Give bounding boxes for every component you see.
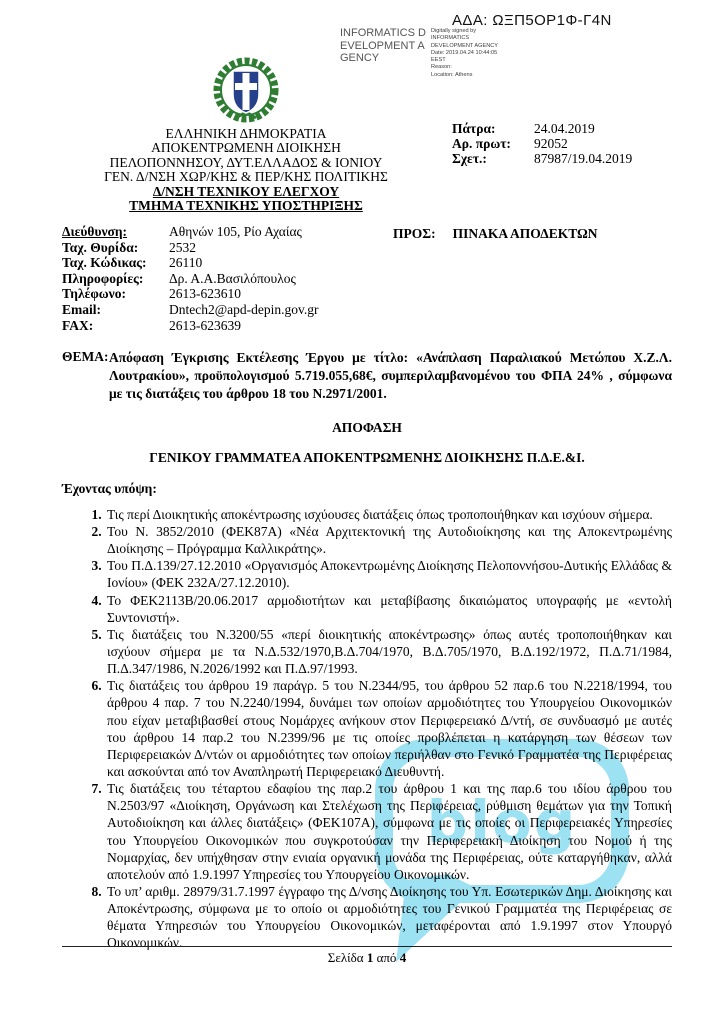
protocol-row-city: Πάτρα: 24.04.2019 (452, 121, 632, 136)
considerations-list: Τις περί Διοικητικής αποκέντρωσης ισχύου… (62, 506, 672, 952)
footer-separator: από (377, 950, 397, 965)
subject-text: Απόφαση Έγκρισης Εκτέλεσης Έργου με τίτλ… (109, 349, 672, 403)
contact-phone-value: 2613-623610 (169, 286, 241, 302)
contact-row-information: Πληροφορίες: Δρ. Α.Α.Βασιλόπουλος (62, 271, 319, 287)
protocol-reference-label: Σχετ.: (452, 151, 534, 166)
consideration-item: Τις διατάξεις του Ν.3200/55 «περί διοικη… (105, 626, 672, 677)
letterhead-line-region: ΠΕΛΟΠΟΝΝΗΣΟΥ, ΔΥΤ.ΕΛΛΑΔΟΣ & ΙΟΝΙΟΥ (40, 156, 452, 170)
page-footer: Σελίδα 1 από 4 (62, 946, 672, 966)
contact-block: Διεύθυνση: Αθηνών 105, Ρίο Αχαίας Ταχ. Θ… (62, 224, 319, 333)
letterhead-line-republic: ΕΛΛΗΝΙΚΗ ΔΗΜΟΚΡΑΤΙΑ (40, 127, 452, 141)
protocol-block: Πάτρα: 24.04.2019 Αρ. πρωτ: 92052 Σχετ.:… (452, 121, 632, 167)
consideration-item: Τις διατάξεις του άρθρου 19 παράγρ. 5 το… (105, 677, 672, 780)
protocol-number-value: 92052 (534, 136, 568, 151)
contact-email-label: Email: (62, 302, 169, 318)
protocol-reference-value: 87987/19.04.2019 (534, 151, 632, 166)
decision-preamble: Έχοντας υπόψη: (62, 481, 672, 497)
recipient-value: ΠΙΝΑΚΑ ΑΠΟΔΕΚΤΩΝ (453, 226, 598, 242)
contact-information-label: Πληροφορίες: (62, 271, 169, 287)
contact-postal-code-value: 26110 (169, 255, 202, 271)
contact-row-address: Διεύθυνση: Αθηνών 105, Ρίο Αχαίας (62, 224, 319, 240)
footer-page-number: 1 (367, 950, 374, 965)
document-page: ΑΔΑ: ΩΞΠ5ΟΡ1Φ-Γ4Ν INFORMATICS DEVELOPMEN… (0, 0, 724, 1024)
consideration-item: Το ΦΕΚ2113Β/20.06.2017 αρμοδιοτήτων και … (105, 592, 672, 626)
subject-block: ΘΕΜΑ: Απόφαση Έγκρισης Εκτέλεσης Έργου μ… (62, 349, 672, 403)
recipient-label: ΠΡΟΣ: (393, 226, 436, 242)
letterhead-line-directorate: Δ/ΝΣΗ ΤΕΧΝΙΚΟΥ ΕΛΕΓΧΟΥ (40, 185, 452, 199)
letterhead-line-administration: ΑΠΟΚΕΝΤΡΩΜΕΝΗ ΔΙΟΙΚΗΣΗ (40, 141, 452, 155)
protocol-city-label: Πάτρα: (452, 121, 534, 136)
decision-title: ΑΠΟΦΑΣΗ (62, 420, 672, 436)
contact-fax-label: FAX: (62, 318, 169, 334)
consideration-item: Του Π.Δ.139/27.12.2010 «Οργανισμός Αποκε… (105, 557, 672, 591)
recipient-block: ΠΡΟΣ: ΠΙΝΑΚΑ ΑΠΟΔΕΚΤΩΝ (393, 226, 598, 242)
greek-republic-emblem-icon (212, 56, 280, 124)
contact-address-value: Αθηνών 105, Ρίο Αχαίας (169, 224, 302, 240)
consideration-item: Του Ν. 3852/2010 (ΦΕΚ87Α) «Νέα Αρχιτεκτο… (105, 523, 672, 557)
contact-row-postal-code: Ταχ. Κώδικας: 26110 (62, 255, 319, 271)
contact-information-value: Δρ. Α.Α.Βασιλόπουλος (169, 271, 296, 287)
protocol-number-label: Αρ. πρωτ: (452, 136, 534, 151)
protocol-row-number: Αρ. πρωτ: 92052 (452, 136, 632, 151)
footer-total-pages: 4 (400, 950, 407, 965)
contact-address-label: Διεύθυνση: (62, 224, 169, 240)
consideration-item: Τις περί Διοικητικής αποκέντρωσης ισχύου… (105, 506, 672, 523)
letterhead-line-general-directorate: ΓΕΝ. Δ/ΝΣΗ ΧΩΡ/ΚΗΣ & ΠΕΡ/ΚΗΣ ΠΟΛΙΤΙΚΗΣ (40, 170, 452, 184)
document-body: ΘΕΜΑ: Απόφαση Έγκρισης Εκτέλεσης Έργου μ… (62, 349, 672, 952)
contact-postal-code-label: Ταχ. Κώδικας: (62, 255, 169, 271)
letterhead-line-department: ΤΜΗΜΑ ΤΕΧΝΙΚΗΣ ΥΠΟΣΤΗΡΙΞΗΣ (40, 199, 452, 213)
contact-row-fax: FAX: 2613-623639 (62, 318, 319, 334)
contact-po-box-label: Ταχ. Θυρίδα: (62, 240, 169, 256)
contact-row-email: Email: Dntech2@apd-depin.gov.gr (62, 302, 319, 318)
consideration-item: Το υπ’ αριθμ. 28979/31.7.1997 έγγραφο τη… (105, 883, 672, 952)
consideration-item: Τις διατάξεις του τέταρτου εδαφίου της π… (105, 780, 672, 883)
subject-label: ΘΕΜΑ: (62, 349, 109, 403)
contact-email-value: Dntech2@apd-depin.gov.gr (169, 302, 319, 318)
protocol-row-reference: Σχετ.: 87987/19.04.2019 (452, 151, 632, 166)
letterhead: ΕΛΛΗΝΙΚΗ ΔΗΜΟΚΡΑΤΙΑ ΑΠΟΚΕΝΤΡΩΜΕΝΗ ΔΙΟΙΚΗ… (40, 56, 452, 213)
contact-fax-value: 2613-623639 (169, 318, 241, 334)
contact-po-box-value: 2532 (169, 240, 196, 256)
contact-row-po-box: Ταχ. Θυρίδα: 2532 (62, 240, 319, 256)
contact-row-phone: Τηλέφωνο: 2613-623610 (62, 286, 319, 302)
footer-prefix: Σελίδα (328, 950, 364, 965)
contact-phone-label: Τηλέφωνο: (62, 286, 169, 302)
protocol-city-value: 24.04.2019 (534, 121, 595, 136)
decision-issuer: ΓΕΝΙΚΟΥ ΓΡΑΜΜΑΤΕΑ ΑΠΟΚΕΝΤΡΩΜΕΝΗΣ ΔΙΟΙΚΗΣ… (62, 450, 672, 466)
